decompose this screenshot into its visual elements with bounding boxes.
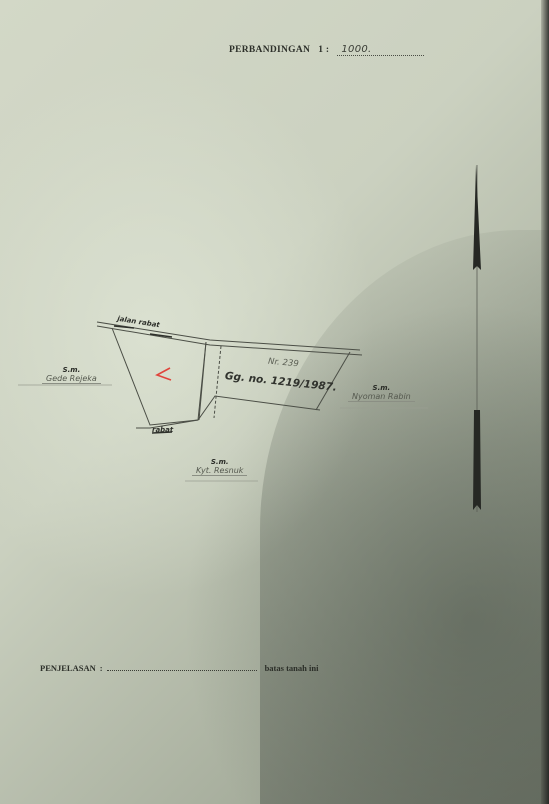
road-top-lines bbox=[97, 322, 362, 355]
explanation-footer: PENJELASAN : batas tanah ini bbox=[40, 663, 318, 673]
footer-label: PENJELASAN bbox=[40, 663, 96, 673]
footer-suffix: batas tanah ini bbox=[265, 663, 319, 673]
neighbor-south-mark: S.m. bbox=[192, 458, 247, 466]
road-bottom-label: rabat bbox=[152, 426, 173, 434]
footer-fill-line bbox=[107, 664, 257, 671]
neighbor-south-name: Kyt. Resnuk bbox=[192, 466, 247, 476]
neighbor-south: S.m. Kyt. Resnuk bbox=[192, 458, 247, 476]
footer-separator: : bbox=[100, 663, 103, 673]
neighbor-east-mark: S.m. bbox=[348, 384, 415, 392]
north-arrow-icon bbox=[473, 165, 481, 512]
parcel-map bbox=[0, 0, 549, 804]
parcel-divider bbox=[199, 342, 206, 420]
neighbor-west-name: Gede Rejeka bbox=[42, 374, 101, 384]
document-page: PERBANDINGAN 1 : 1000. bbox=[0, 0, 549, 804]
parcel-divider-dashed bbox=[214, 346, 221, 418]
neighbor-east: S.m. Nyoman Rabin bbox=[348, 384, 415, 402]
neighbor-west: S.m. Gede Rejeka bbox=[42, 366, 101, 384]
neighbor-west-mark: S.m. bbox=[42, 366, 101, 374]
red-arrow-mark bbox=[157, 368, 171, 380]
neighbor-east-name: Nyoman Rabin bbox=[348, 392, 415, 402]
road-hatch bbox=[114, 326, 172, 433]
